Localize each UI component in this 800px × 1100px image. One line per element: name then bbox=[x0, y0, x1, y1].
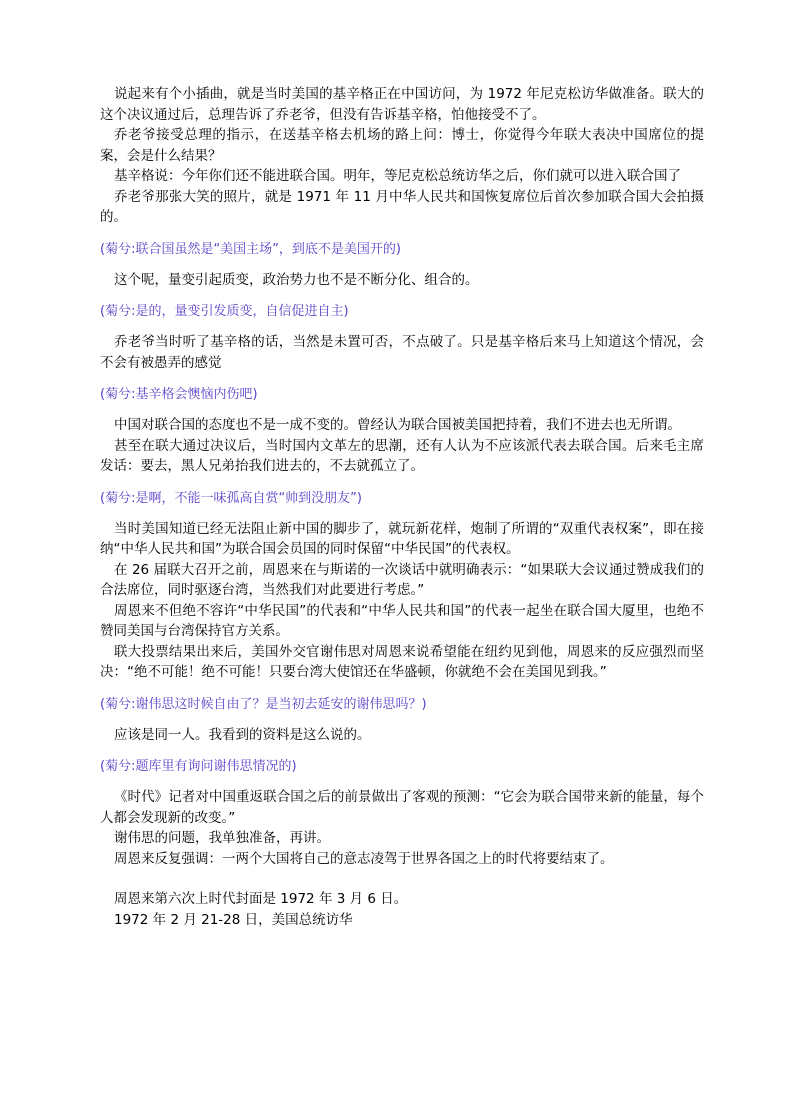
text-line: 这个呢，量变引起质变，政治势力也不是不断分化、组合的。 bbox=[100, 270, 704, 291]
text-line: 基辛格说：今年你们还不能进联合国。明年，等尼克松总统访华之后，你们就可以进入联合… bbox=[100, 166, 704, 187]
text-line: 乔老爷那张大笑的照片，就是 1971 年 11 月中华人民共和国恢复席位后首次参… bbox=[100, 187, 704, 228]
text-line: 说起来有个小插曲，就是当时美国的基辛格正在中国访问，为 1972 年尼克松访华做… bbox=[100, 84, 704, 125]
paragraph-quantitative-change: 这个呢，量变引起质变，政治势力也不是不断分化、组合的。 bbox=[100, 270, 704, 291]
text-line: 当时美国知道已经无法阻止新中国的脚步了，就玩新花样，炮制了所谓的“双重代表权案”… bbox=[100, 519, 704, 560]
text-line: 1972 年 2 月 21-28 日，美国总统访华 bbox=[100, 910, 704, 931]
text-line: 在 26 届联大召开之前，周恩来在与斯诺的一次谈话中就明确表示：“如果联大会议通… bbox=[100, 560, 704, 601]
text-line: 周恩来反复强调：一两个大国将自己的意志凌驾于世界各国之上的时代将要结束了。 bbox=[100, 849, 704, 870]
text-line: 乔老爷当时听了基辛格的话，当然是未置可否，不点破了。只是基辛格后来马上知道这个情… bbox=[100, 332, 704, 373]
paragraph-china-un-attitude: 中国对联合国的态度也不是一成不变的。曾经认为联合国被美国把持着，我们不进去也无所… bbox=[100, 415, 704, 477]
paragraph-dual-representation: 当时美国知道已经无法阻止新中国的脚步了，就玩新花样，炮制了所谓的“双重代表权案”… bbox=[100, 519, 704, 683]
document-page: 说起来有个小插曲，就是当时美国的基辛格正在中国访问，为 1972 年尼克松访华做… bbox=[100, 84, 704, 930]
text-line: 联大投票结果出来后，美国外交官谢伟思对周恩来说希望能在纽约见到他，周恩来的反应强… bbox=[100, 642, 704, 683]
text-line: 中国对联合国的态度也不是一成不变的。曾经认为联合国被美国把持着，我们不进去也无所… bbox=[100, 415, 704, 436]
paragraph-cover-dates: 周恩来第六次上时代封面是 1972 年 3 月 6 日。 1972 年 2 月 … bbox=[100, 889, 704, 930]
text-line: 乔老爷接受总理的指示，在送基辛格去机场的路上问：博士，你觉得今年联大表决中国席位… bbox=[100, 125, 704, 166]
paragraph-time-magazine: 《时代》记者对中国重返联合国之后的前景做出了客观的预测：“它会为联合国带来新的能… bbox=[100, 787, 704, 869]
annotation-note: (菊兮:是啊，不能一味孤高自赏“帅到没朋友”) bbox=[100, 489, 704, 509]
paragraph-kissinger-fooled: 乔老爷当时听了基辛格的话，当然是未置可否，不点破了。只是基辛格后来马上知道这个情… bbox=[100, 332, 704, 373]
annotation-note: (菊兮:基辛格会懊恼内伤吧) bbox=[100, 385, 704, 405]
paragraph-kissinger-anecdote: 说起来有个小插曲，就是当时美国的基辛格正在中国访问，为 1972 年尼克松访华做… bbox=[100, 84, 704, 228]
annotation-note: (菊兮:是的，量变引发质变，自信促进自主) bbox=[100, 302, 704, 322]
annotation-note: (菊兮:联合国虽然是“美国主场”，到底不是美国开的) bbox=[100, 240, 704, 260]
text-line: 应该是同一人。我看到的资料是这么说的。 bbox=[100, 725, 704, 746]
text-line: 周恩来第六次上时代封面是 1972 年 3 月 6 日。 bbox=[100, 889, 704, 910]
text-line: 《时代》记者对中国重返联合国之后的前景做出了客观的预测：“它会为联合国带来新的能… bbox=[100, 787, 704, 828]
text-line: 周恩来不但绝不容许“中华民国”的代表和“中华人民共和国”的代表一起坐在联合国大厦… bbox=[100, 601, 704, 642]
paragraph-same-person: 应该是同一人。我看到的资料是这么说的。 bbox=[100, 725, 704, 746]
text-line: 谢伟思的问题，我单独准备，再讲。 bbox=[100, 828, 704, 849]
annotation-note: (菊兮:谢伟思这时候自由了？是当初去延安的谢伟思吗？) bbox=[100, 695, 704, 715]
text-line: 甚至在联大通过决议后，当时国内文革左的思潮，还有人认为不应该派代表去联合国。后来… bbox=[100, 436, 704, 477]
annotation-note: (菊兮:题库里有询问谢伟思情况的) bbox=[100, 757, 704, 777]
